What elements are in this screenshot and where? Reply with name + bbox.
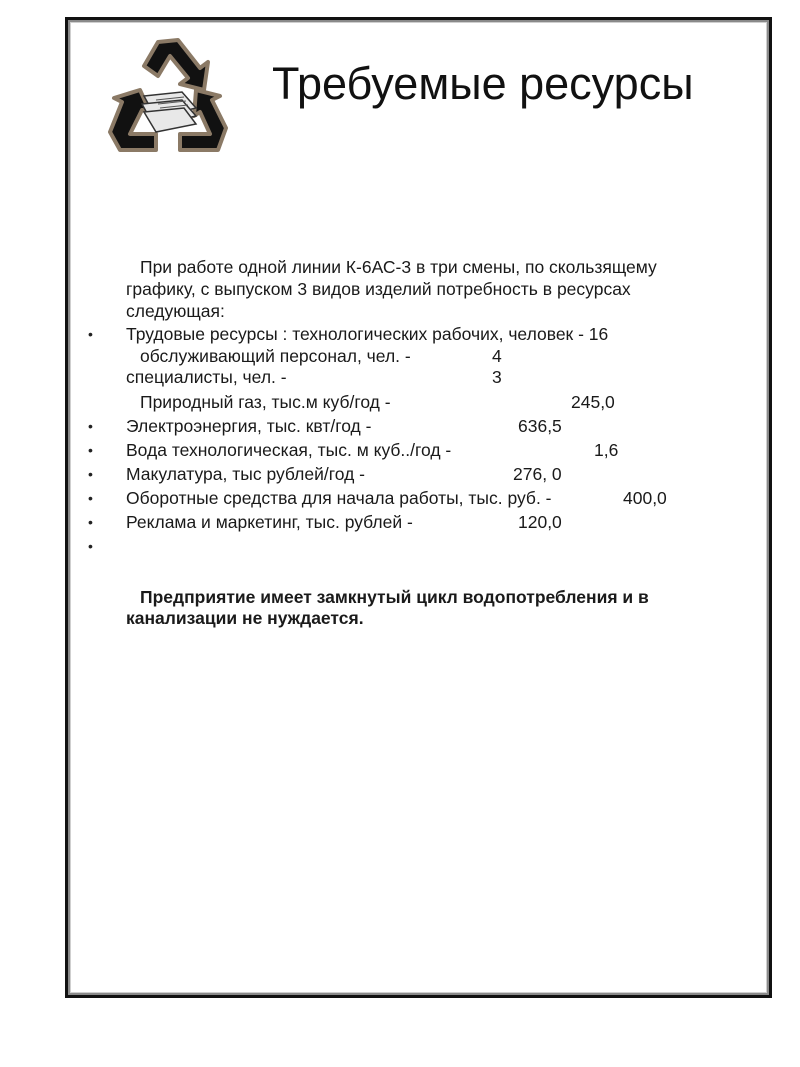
service-staff-value: 4 xyxy=(492,345,502,367)
labor-line: Трудовые ресурсы : технологических рабоч… xyxy=(126,323,608,345)
resource-label: Реклама и маркетинг, тыс. рублей - xyxy=(126,511,413,533)
intro-line-2: графику, с выпуском 3 видов изделий потр… xyxy=(126,278,631,300)
gas-value: 245,0 xyxy=(571,391,615,413)
service-staff-label: обслуживающий персонал, чел. - xyxy=(140,345,411,367)
conclusion-line-1: Предприятие имеет замкнутый цикл водопот… xyxy=(140,586,649,608)
conclusion-line-2: канализации не нуждается. xyxy=(126,607,364,629)
resource-label: Оборотные средства для начала работы, ты… xyxy=(126,487,552,509)
specialists-value: 3 xyxy=(492,366,502,388)
bullet: • xyxy=(88,326,93,342)
resource-value: 400,0 xyxy=(623,487,667,509)
specialists-label: специалисты, чел. - xyxy=(126,366,287,388)
intro-line-1: При работе одной линии К-6АС-3 в три сме… xyxy=(140,256,657,278)
resource-label: Макулатура, тыс рублей/год - xyxy=(126,463,365,485)
resource-value: 636,5 xyxy=(518,415,562,437)
bullet: • xyxy=(88,466,93,482)
resource-value: 120,0 xyxy=(518,511,562,533)
resource-value: 276, 0 xyxy=(513,463,562,485)
bullet: • xyxy=(88,490,93,506)
bullet: • xyxy=(88,442,93,458)
page-title: Требуемые ресурсы xyxy=(272,58,694,110)
recycle-newspaper-icon xyxy=(100,38,235,153)
bullet: • xyxy=(88,514,93,530)
resource-value: 1,6 xyxy=(594,439,618,461)
resource-label: Вода технологическая, тыс. м куб../год - xyxy=(126,439,451,461)
gas-label: Природный газ, тыс.м куб/год - xyxy=(140,391,391,413)
bullet: • xyxy=(88,418,93,434)
intro-line-3: следующая: xyxy=(126,300,225,322)
bullet-empty: • xyxy=(88,538,93,554)
resource-label: Электроэнергия, тыс. квт/год - xyxy=(126,415,371,437)
